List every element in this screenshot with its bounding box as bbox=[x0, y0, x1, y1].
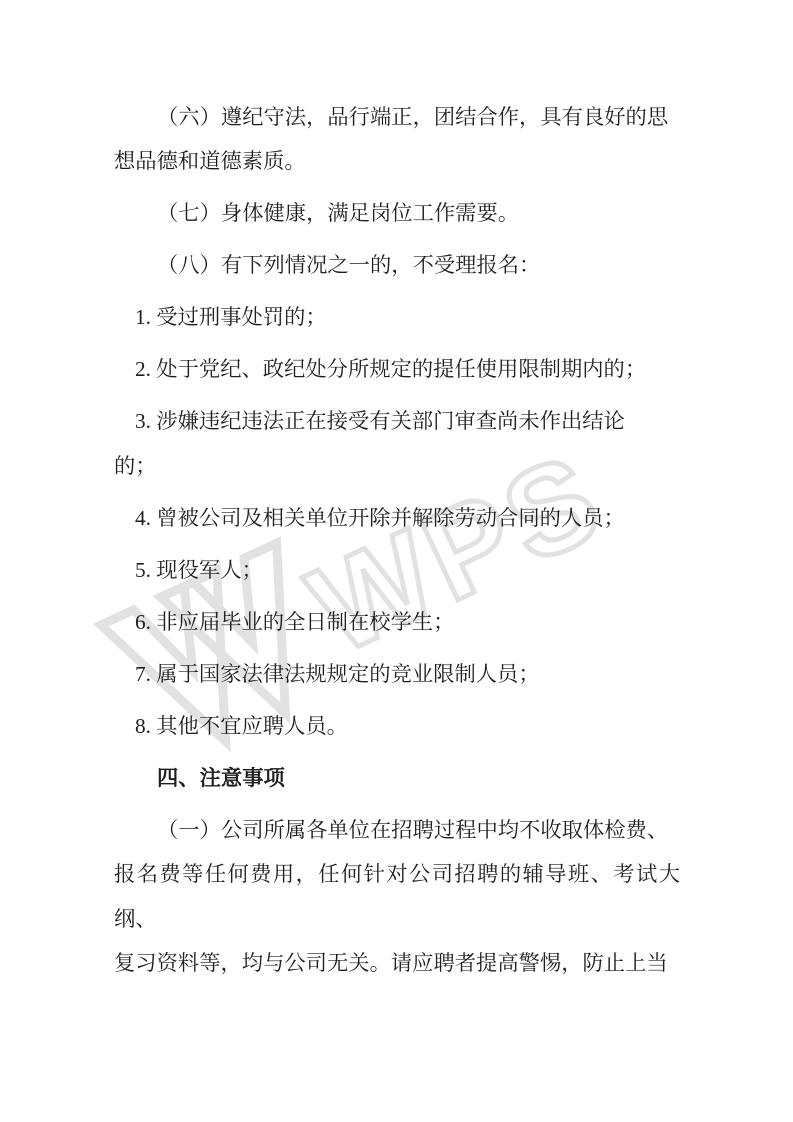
paragraph: （一）公司所属各单位在招聘过程中均不收取体检费、 报名费等任何费用，任何针对公司… bbox=[114, 808, 680, 986]
paragraph: （六）遵纪守法，品行端正，团结合作，具有良好的思 想品德和道德素质。 bbox=[114, 95, 680, 184]
document-page: WPS （六）遵纪守法，品行端正，团结合作，具有良好的思 想品德和道德素质。（七… bbox=[0, 0, 793, 1122]
paragraph: 7. 属于国家法律法规规定的竞业限制人员； bbox=[114, 652, 680, 697]
paragraph: 5. 现役军人； bbox=[114, 548, 680, 593]
paragraph: 1. 受过刑事处罚的； bbox=[114, 295, 680, 340]
paragraph: （八）有下列情况之一的，不受理报名： bbox=[114, 243, 680, 288]
paragraph: 4. 曾被公司及相关单位开除并解除劳动合同的人员； bbox=[114, 496, 680, 541]
paragraph: 8. 其他不宜应聘人员。 bbox=[114, 704, 680, 749]
paragraph: 3. 涉嫌违纪违法正在接受有关部门审查尚未作出结论 的； bbox=[114, 399, 680, 488]
paragraph: 6. 非应届毕业的全日制在校学生； bbox=[114, 600, 680, 645]
section-heading: 四、注意事项 bbox=[114, 756, 680, 801]
paragraph: 2. 处于党纪、政纪处分所规定的提任使用限制期内的； bbox=[114, 347, 680, 392]
paragraph: （七）身体健康，满足岗位工作需要。 bbox=[114, 191, 680, 236]
document-body: （六）遵纪守法，品行端正，团结合作，具有良好的思 想品德和道德素质。（七）身体健… bbox=[114, 0, 680, 993]
